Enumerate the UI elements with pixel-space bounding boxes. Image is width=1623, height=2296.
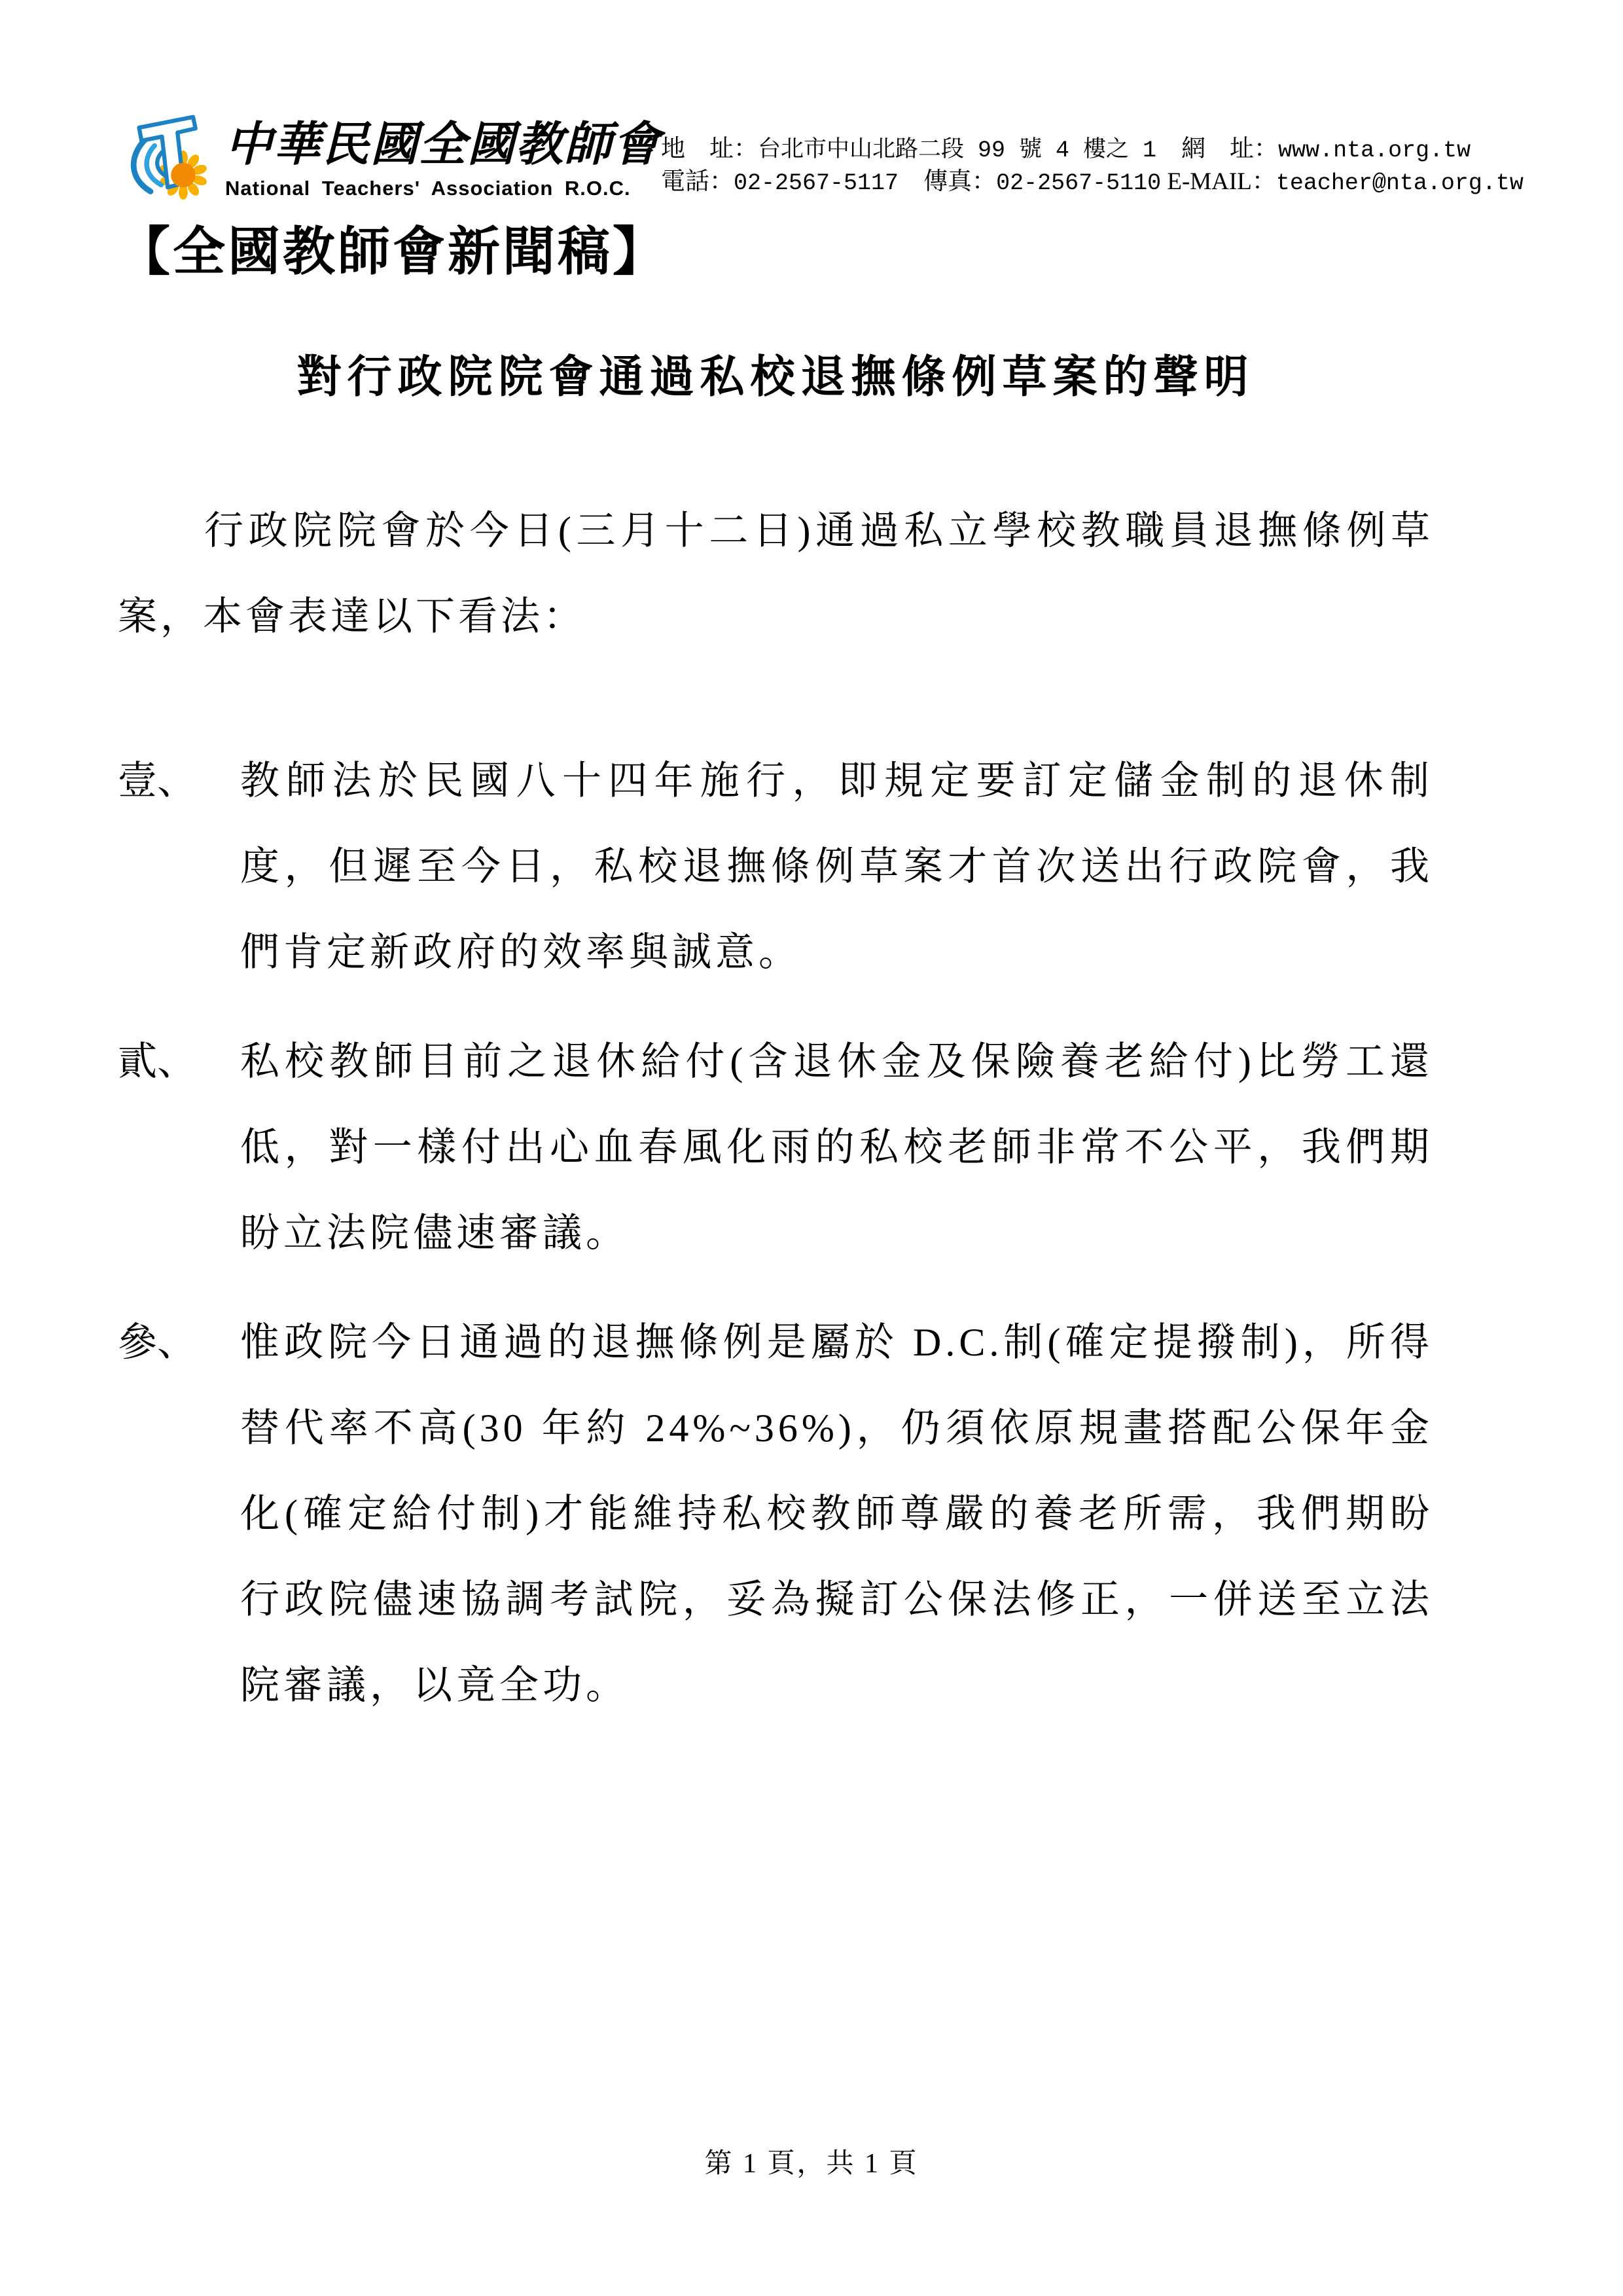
letterhead: 中華民國全國教師會 National Teachers' Association… bbox=[118, 111, 1433, 209]
org-name-chinese: 中華民國全國教師會 bbox=[225, 113, 661, 175]
item-1-label: 壹、 bbox=[118, 738, 240, 996]
org-logo-group: 中華民國全國教師會 National Teachers' Association… bbox=[118, 111, 661, 209]
tel-value: 02-2567-5117 bbox=[734, 170, 899, 196]
statement-list: 壹、 教師法於民國八十四年施行，即規定要訂定儲金制的退休制度，但遲至今日，私校退… bbox=[118, 738, 1433, 1729]
page-number-footer: 第 1 頁，共 1 頁 bbox=[0, 2142, 1623, 2181]
fax-label: 傳真： bbox=[923, 168, 996, 195]
org-name-english: National Teachers' Association R.O.C. bbox=[225, 177, 661, 200]
statement-item-1: 壹、 教師法於民國八十四年施行，即規定要訂定儲金制的退休制度，但遲至今日，私校退… bbox=[118, 738, 1433, 996]
item-1-text: 教師法於民國八十四年施行，即規定要訂定儲金制的退休制度，但遲至今日，私校退撫條例… bbox=[240, 738, 1433, 996]
address-value: 台北市中山北路二段 99 號 4 樓之 1 bbox=[758, 137, 1156, 164]
tel-label: 電話： bbox=[661, 168, 734, 195]
web-label: 網 址： bbox=[1181, 135, 1278, 162]
item-3-text: 惟政院今日通過的退撫條例是屬於 D.C.制(確定提撥制)，所得替代率不高(30 … bbox=[240, 1300, 1433, 1729]
contact-line-2: 電話：02-2567-5117傳真：02-2567-5110 E-MAIL：te… bbox=[661, 166, 1524, 199]
org-names: 中華民國全國教師會 National Teachers' Association… bbox=[225, 111, 661, 200]
contact-block: 地 址：台北市中山北路二段 99 號 4 樓之 1網 址：www.nta.org… bbox=[661, 111, 1524, 199]
nta-sun-t-logo-icon bbox=[118, 111, 216, 209]
fax-value: 02-2567-5110 bbox=[996, 170, 1161, 196]
item-3-label: 參、 bbox=[118, 1300, 240, 1729]
statement-item-2: 貳、 私校教師目前之退休給付(含退休金及保險養老給付)比勞工還低，對一樣付出心血… bbox=[118, 1019, 1433, 1276]
address-label: 地 址： bbox=[661, 135, 758, 162]
email-label: E-MAIL： bbox=[1167, 168, 1275, 195]
statement-item-3: 參、 惟政院今日通過的退撫條例是屬於 D.C.制(確定提撥制)，所得替代率不高(… bbox=[118, 1300, 1433, 1729]
web-value: www.nta.org.tw bbox=[1278, 137, 1471, 164]
intro-paragraph: 行政院院會於今日(三月十二日)通過私立學校教職員退撫條例草案，本會表達以下看法： bbox=[118, 488, 1433, 660]
press-release-page: 中華民國全國教師會 National Teachers' Association… bbox=[0, 0, 1623, 2296]
email-value: teacher@nta.org.tw bbox=[1276, 170, 1524, 196]
item-2-text: 私校教師目前之退休給付(含退休金及保險養老給付)比勞工還低，對一樣付出心血春風化… bbox=[240, 1019, 1433, 1276]
page-title: 對行政院院會通過私校退撫條例草案的聲明 bbox=[118, 351, 1433, 403]
press-release-tag: 【全國教師會新聞稿】 bbox=[118, 220, 1433, 285]
contact-line-1: 地 址：台北市中山北路二段 99 號 4 樓之 1網 址：www.nta.org… bbox=[661, 134, 1524, 166]
item-2-label: 貳、 bbox=[118, 1019, 240, 1276]
